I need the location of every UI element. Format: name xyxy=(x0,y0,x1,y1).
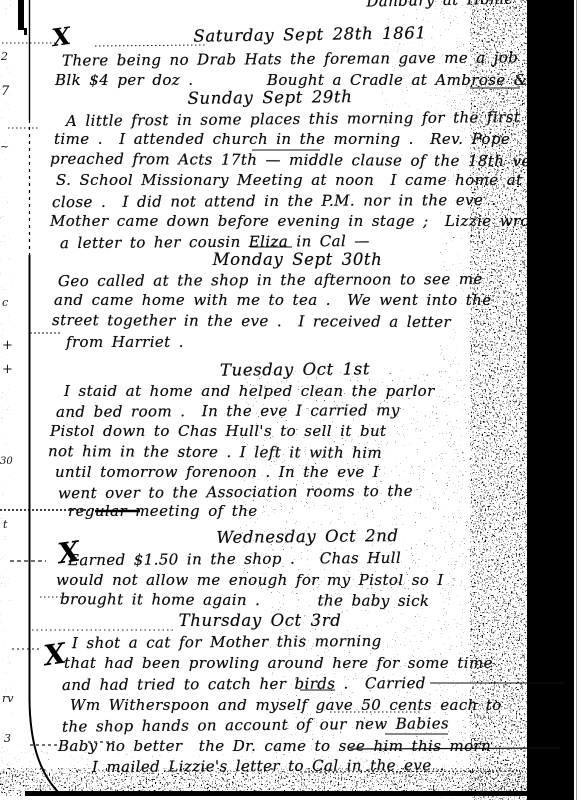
diary-line: Earned $1.50 in the shop . Chas Hull xyxy=(68,549,401,569)
diary-line: until tomorrow forenoon . In the eve I xyxy=(55,463,379,481)
diary-line: and had tried to catch her birds . Carri… xyxy=(62,674,426,694)
diary-line: Baby no better the Dr. came to see him t… xyxy=(58,737,491,755)
margin-scribble: rv xyxy=(2,692,13,705)
diary-line: S. School Missionary Meeting at noon I c… xyxy=(56,171,550,189)
entry-date-heading: Saturday Sept 28th 1861 xyxy=(170,24,450,46)
diary-line: went over to the Association rooms to th… xyxy=(58,482,413,502)
entry-date-heading: Monday Sept 30th xyxy=(150,251,445,269)
entry-date-heading: Tuesday Oct 1st xyxy=(145,360,445,381)
margin-scribble: c xyxy=(2,296,8,309)
scan-bottom-bar xyxy=(25,791,565,796)
diary-line: street together in the eve . I received … xyxy=(52,311,451,331)
margin-scribble: 7 xyxy=(1,84,9,99)
diary-line: would not allow me enough for my Pistol … xyxy=(56,571,444,589)
margin-rule-curve xyxy=(30,700,61,794)
margin-scribble: t xyxy=(3,518,7,531)
diary-line: that had been prowling around here for s… xyxy=(64,654,493,672)
diary-line: I mailed Lizzie's letter to Cal in the e… xyxy=(92,756,445,776)
margin-scribble: + xyxy=(2,338,13,353)
diary-line: Pistol down to Chas Hull's to sell it bu… xyxy=(50,422,386,440)
diary-line: Geo called at the shop in the afternoon … xyxy=(58,270,483,290)
diary-scan-page: Danbury at Home X X X 2 7 ~ c + + 30 t r… xyxy=(0,0,581,800)
diary-line: time . I attended church in the morning … xyxy=(54,130,510,148)
margin-scribble: + xyxy=(2,362,13,377)
page-header: Danbury at Home xyxy=(330,0,550,11)
scan-noise xyxy=(0,0,12,800)
diary-line: not him in the store . I left it with hi… xyxy=(48,442,382,462)
diary-line: preached from Acts 17th — middle clause … xyxy=(50,150,556,171)
diary-line: I shot a cat for Mother this morning xyxy=(72,632,382,652)
diary-line: Mother came down before evening in stage… xyxy=(50,212,546,230)
diary-line: I staid at home and helped clean the par… xyxy=(64,382,435,400)
diary-line: close . I did not attend in the P.M. nor… xyxy=(52,191,497,211)
entry-date-heading: Thursday Oct 3rd xyxy=(115,612,405,630)
diary-line: and came home with me to tea . We went i… xyxy=(54,291,492,309)
pen-stroke-mark xyxy=(18,0,24,30)
diary-line: There being no Drab Hats the foreman gav… xyxy=(62,48,518,69)
margin-scribble: 30 xyxy=(0,456,13,467)
diary-line: the shop hands on account of our new Bab… xyxy=(62,714,449,735)
diary-line: Blk $4 per doz . Bought a Cradle at Ambr… xyxy=(55,71,575,89)
entry-date-heading: Wednesday Oct 2nd xyxy=(150,526,465,547)
margin-scribble: ~ xyxy=(0,140,9,153)
margin-x-mark: X xyxy=(50,21,72,52)
diary-line: and bed room . In the eve I carried my xyxy=(56,401,400,421)
diary-line: regular meeting of the xyxy=(68,502,258,520)
diary-line: A little frost in some places this morni… xyxy=(66,108,520,130)
entry-date-heading: Sunday Sept 29th xyxy=(120,87,420,108)
diary-line: from Harriet . xyxy=(66,333,184,351)
diary-line: Wm Witherspoon and myself gave 50 cents … xyxy=(70,696,502,714)
scan-edge-band xyxy=(527,0,574,800)
margin-scribble: 2 xyxy=(1,50,8,63)
diary-line: brought it home again . the baby sick xyxy=(60,590,430,610)
pen-stroke-mark xyxy=(24,28,27,35)
scan-white-strip xyxy=(574,0,581,800)
margin-scribble: 3 xyxy=(4,732,11,745)
